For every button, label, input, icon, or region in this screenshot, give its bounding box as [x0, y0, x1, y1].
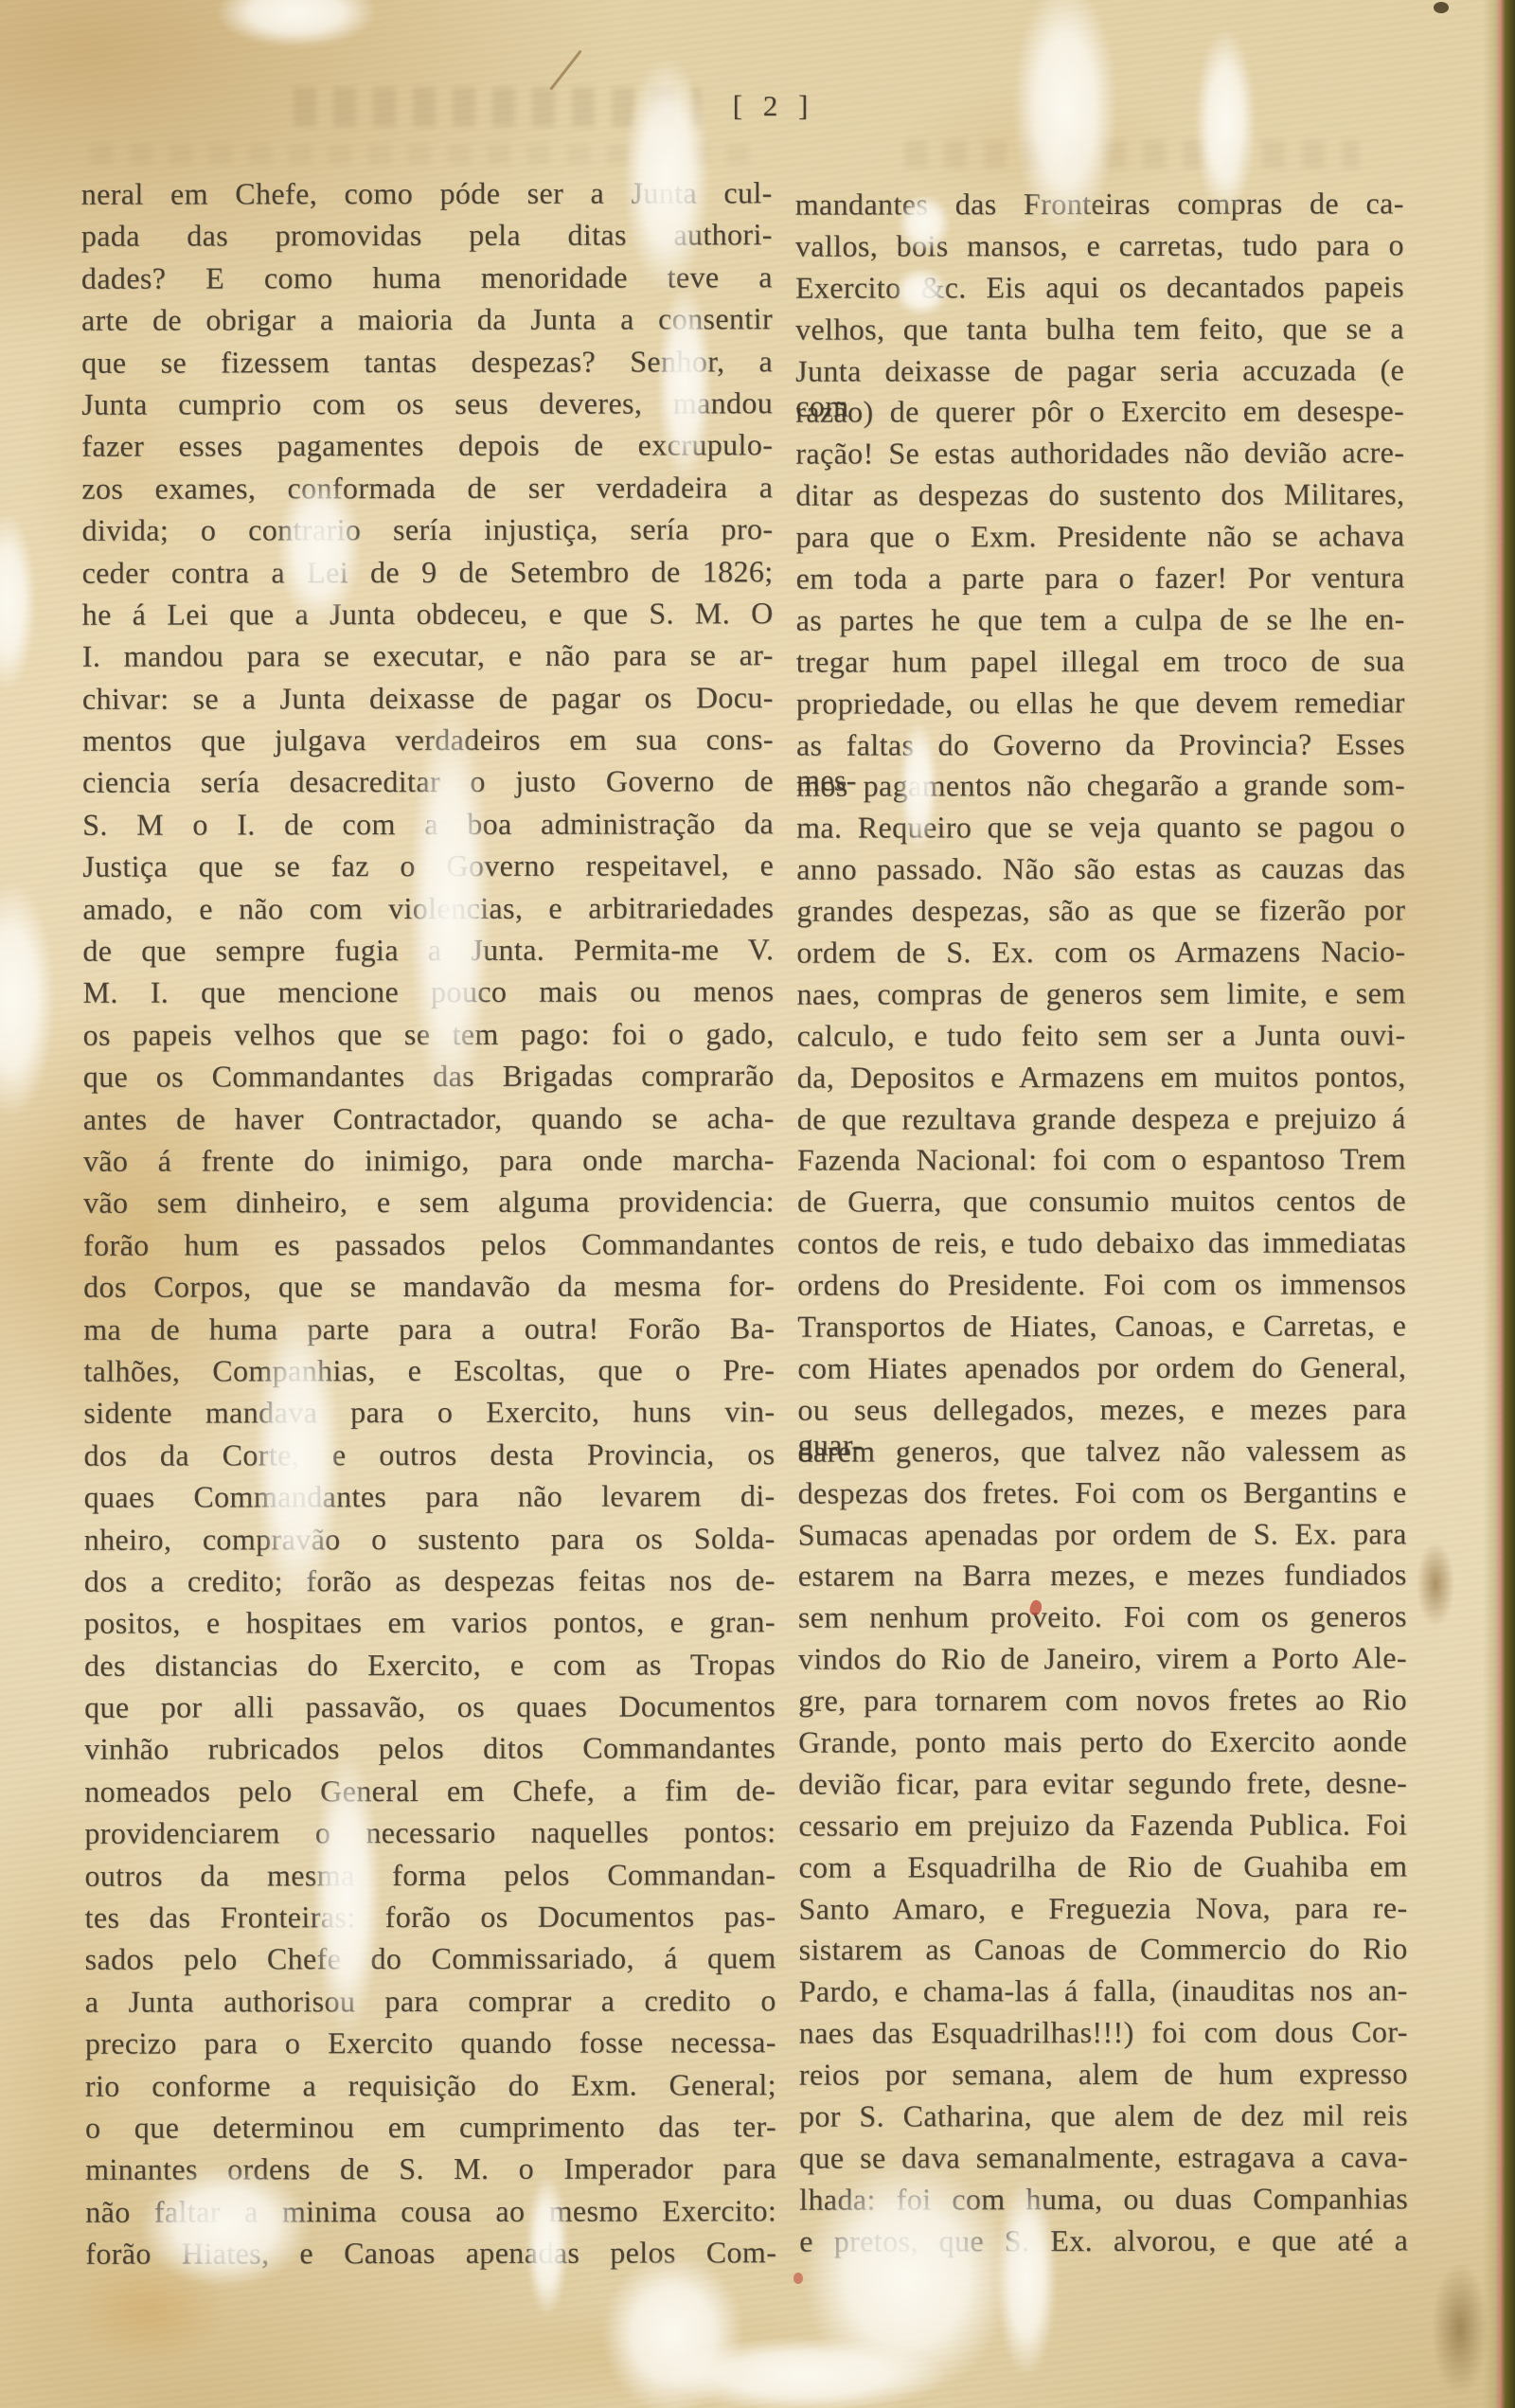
- text-line: I. mandou para se executar, e não para s…: [82, 638, 774, 682]
- text-line: e pretos, que S. Ex. alvorou, e que até …: [799, 2222, 1408, 2265]
- text-line: ração! Se estas authoridades não devião …: [795, 436, 1404, 478]
- text-line: da, Depositos e Armazens em muitos ponto…: [797, 1059, 1406, 1101]
- text-line: sidente mandava para o Exercito, huns vi…: [83, 1395, 775, 1438]
- text-line: Santo Amaro, e Freguezia Nova, para re-: [798, 1890, 1407, 1933]
- text-line: precizo para o Exercito quando fosse nec…: [85, 2025, 776, 2068]
- text-line: S. M o I. de com a boa administração da: [82, 806, 774, 849]
- paper-tear: [663, 2337, 947, 2408]
- text-line: reios por semana, alem de hum expresso: [799, 2056, 1408, 2098]
- text-line: Junta cumprio com os seus deveres, mando…: [81, 385, 773, 429]
- text-line: calculo, e tudo feito sem ser a Junta ou…: [797, 1017, 1406, 1060]
- text-line: velhos, que tanta bulha tem feito, que s…: [795, 311, 1404, 353]
- showthrough-ghost-text: [294, 87, 701, 127]
- text-line: grandes despezas, são as que se fizerão …: [796, 892, 1405, 935]
- text-line: Grande, ponto mais perto do Exercito aon…: [798, 1723, 1407, 1766]
- text-line: ditar as despezas do sustento dos Milita…: [795, 477, 1404, 520]
- text-line: antes de haver Contractador, quando se a…: [83, 1100, 775, 1144]
- text-line: Junta deixasse de pagar seria accuzada (…: [795, 352, 1404, 395]
- text-line: ou seus dellegados, mezes, e mezes para …: [797, 1391, 1406, 1434]
- text-line: Transportos de Hiates, Canoas, e Carreta…: [797, 1308, 1406, 1350]
- text-line: de que sempre fugia a Junta. Permita-me …: [82, 932, 774, 975]
- text-line: ciencia sería desacreditar o justo Gover…: [82, 764, 774, 808]
- text-line: Sumacas apenadas por ordem de S. Ex. par…: [798, 1516, 1407, 1559]
- showthrough-ghost-text: [90, 144, 753, 165]
- text-line: em toda a parte para o fazer! Por ventur…: [796, 560, 1405, 602]
- text-line: que os Commandantes das Brigadas comprar…: [83, 1058, 775, 1101]
- text-line: dos Corpos, que se mandavão da mesma for…: [83, 1268, 775, 1311]
- paper-tear: [216, 0, 377, 47]
- text-line: Exercito &c. Eis aqui os decantados pape…: [795, 269, 1404, 312]
- text-line: rio conforme a requisição do Exm. Genera…: [85, 2067, 776, 2111]
- text-line: não faltar a minima cousa ao mesmo Exerc…: [85, 2193, 776, 2237]
- text-line: a Junta authorisou para comprar a credit…: [85, 1983, 776, 2026]
- text-line: vinhão rubricados pelos ditos Commandant…: [84, 1731, 775, 1775]
- text-line: ordens do Presidente. Foi com os immenso…: [797, 1266, 1406, 1309]
- text-line: Fazenda Nacional: foi com o espantoso Tr…: [797, 1142, 1406, 1185]
- text-line: talhões, Companhias, e Escoltas, que o P…: [83, 1352, 775, 1396]
- text-line: naes, compras de generos sem limite, e s…: [796, 975, 1405, 1018]
- text-line: ordem de S. Ex. com os Armazens Nacio-: [796, 934, 1405, 976]
- dark-speck: [1434, 2, 1449, 13]
- text-line: outros da mesma forma pelos Commandan-: [84, 1857, 775, 1900]
- text-line: sados pelo Chefe do Commissariado, á que…: [85, 1941, 776, 1985]
- text-line: des distancias do Exercito, e com as Tro…: [84, 1647, 775, 1690]
- text-line: que se dava semanalmente, estragava a ca…: [799, 2139, 1408, 2182]
- text-line: vão á frente do inimigo, para onde march…: [83, 1142, 775, 1186]
- text-line: mandantes das Fronteiras compras de ca-: [795, 186, 1404, 228]
- text-line: Justiça que se faz o Governo respeitavel…: [82, 847, 774, 891]
- text-line: sistarem as Canoas de Commercio do Rio: [799, 1932, 1408, 1974]
- text-line: he á Lei que a Junta obdeceu, e que S. M…: [82, 596, 774, 639]
- text-line: as partes he que tem a culpa de se lhe e…: [796, 601, 1405, 644]
- text-line: forão hum es passados pelos Commandantes: [83, 1226, 775, 1270]
- text-line: os papeis velhos que se tem pago: foi o …: [83, 1016, 775, 1060]
- text-line: dades? E como huma menoridade teve a: [81, 259, 773, 303]
- text-line: por S. Catharina, que alem de dez mil re…: [799, 2097, 1408, 2140]
- text-line: vão sem dinheiro, e sem alguma providenc…: [83, 1185, 775, 1228]
- text-line: contos de reis, e tudo debaixo das immed…: [797, 1225, 1406, 1268]
- text-line: Pardo, e chama-las á falla, (inauditas n…: [799, 1973, 1408, 2016]
- text-line: devião ficar, para evitar segundo frete,…: [798, 1765, 1407, 1808]
- red-ink-mark: [793, 2273, 803, 2284]
- text-line: que por alli passavão, os quaes Document…: [84, 1688, 775, 1732]
- showthrough-ghost-text: [904, 140, 1359, 169]
- scan-edge-right: [1483, 0, 1515, 2408]
- text-line: dos da Corte, e outros desta Provincia, …: [83, 1436, 775, 1480]
- text-line: gre, para tornarem com novos fretes ao R…: [798, 1682, 1407, 1724]
- text-line: anno passado. Não são estas as cauzas da…: [796, 851, 1405, 894]
- text-line: com a Esquadrilha de Rio de Guahiba em: [798, 1848, 1407, 1891]
- text-line: despezas dos fretes. Foi com os Berganti…: [798, 1474, 1407, 1517]
- text-line: mos pagamentos não chegarão a grande som…: [796, 768, 1405, 811]
- text-line: estarem na Barra mezes, e mezes fundiado…: [798, 1558, 1407, 1600]
- text-line: quaes Commandantes para não levarem di-: [84, 1478, 775, 1522]
- text-line: amado, e não com violencias, e arbitrari…: [82, 890, 774, 934]
- text-column-left: neral em Chefe, como póde ser a Junta cu…: [81, 175, 777, 2278]
- text-line: arte de obrigar a maioria da Junta a con…: [81, 301, 773, 345]
- text-line: com Hiates apenados por ordem do General…: [797, 1349, 1406, 1392]
- text-line: divida; o contrario sería injustiça, ser…: [81, 511, 773, 555]
- text-line: as faltas do Governo da Provincia? Esses…: [796, 726, 1405, 769]
- text-line: nomeados pelo General em Chefe, a fim de…: [84, 1773, 775, 1816]
- text-line: tes das Fronteiras: forão os Documentos …: [84, 1899, 775, 1942]
- text-line: naes das Esquadrilhas!!!) foi com dous C…: [799, 2015, 1408, 2058]
- text-line: forão Hiates, e Canoas apenadas pelos Co…: [85, 2235, 776, 2278]
- paper-tear: [0, 511, 36, 691]
- brown-blot: [1417, 1542, 1454, 1627]
- text-line: chivar: se a Junta deixasse de pagar os …: [82, 680, 774, 723]
- text-line: neral em Chefe, como póde ser a Junta cu…: [81, 175, 773, 219]
- text-line: minantes ordens de S. M. o Imperador par…: [85, 2151, 776, 2195]
- text-line: lhada: foi com huma, ou duas Companhias: [799, 2181, 1408, 2223]
- text-line: de que rezultava grande despeza e prejui…: [797, 1100, 1406, 1143]
- text-line: M. I. que mencione pouco mais ou menos: [82, 974, 774, 1018]
- text-column-right: mandantes das Fronteiras compras de ca-v…: [795, 186, 1409, 2265]
- text-line: nheiro, compravão o sustento para os Sol…: [84, 1521, 775, 1564]
- text-line: fazer esses pagamentes depois de excrupu…: [81, 428, 773, 472]
- text-line: vindos do Rio de Janeiro, virem a Porto …: [798, 1640, 1407, 1683]
- brown-blot: [1432, 2263, 1488, 2396]
- scanned-document-page: [ 2 ] neral em Chefe, como póde ser a Ju…: [0, 0, 1515, 2408]
- text-line: ma. Requeiro que se veja quanto se pagou…: [796, 810, 1405, 852]
- text-line: providenciarem o necessario naquelles po…: [84, 1814, 775, 1858]
- text-line: cessario em prejuizo da Fazenda Publica.…: [798, 1807, 1407, 1849]
- text-line: ma de huma parte para a outra! Forão Ba-: [83, 1311, 775, 1354]
- text-line: tregar hum papel illegal em troco de sua: [796, 643, 1405, 686]
- text-line: que se fizessem tantas despezas? Senhor,…: [81, 344, 773, 387]
- text-line: sem nenhum proveito. Foi com os generos: [798, 1599, 1407, 1642]
- text-line: de Guerra, que consumio muitos centos de: [797, 1184, 1406, 1226]
- text-line: ceder contra a Lei de 9 de Setembro de 1…: [82, 554, 774, 598]
- text-line: vallos, bois mansos, e carretas, tudo pa…: [795, 227, 1404, 270]
- text-line: para que o Exm. Presidente não se achava: [795, 518, 1404, 561]
- page-number: [ 2 ]: [712, 89, 835, 123]
- text-line: razão) de querer pôr o Exercito em deses…: [795, 394, 1404, 437]
- paper-stain: [454, 2301, 852, 2405]
- text-line: mentos que julgava verdadeiros em sua co…: [82, 722, 774, 765]
- text-line: dos a credito; forão as despezas feitas …: [84, 1562, 775, 1606]
- paper-tear: [0, 881, 55, 1117]
- text-line: darem generos, que talvez não valessem a…: [797, 1433, 1406, 1475]
- text-line: zos exames, conformada de ser verdadeira…: [81, 470, 773, 513]
- fiber-scratch: [549, 50, 581, 91]
- text-line: positos, e hospitaes em varios pontos, e…: [84, 1605, 775, 1649]
- text-line: propriedade, ou ellas he que devem remed…: [796, 685, 1405, 727]
- text-line: o que determinou em cumprimento das ter-: [85, 2109, 776, 2152]
- text-line: pada das promovidas pela ditas authori-: [81, 218, 773, 261]
